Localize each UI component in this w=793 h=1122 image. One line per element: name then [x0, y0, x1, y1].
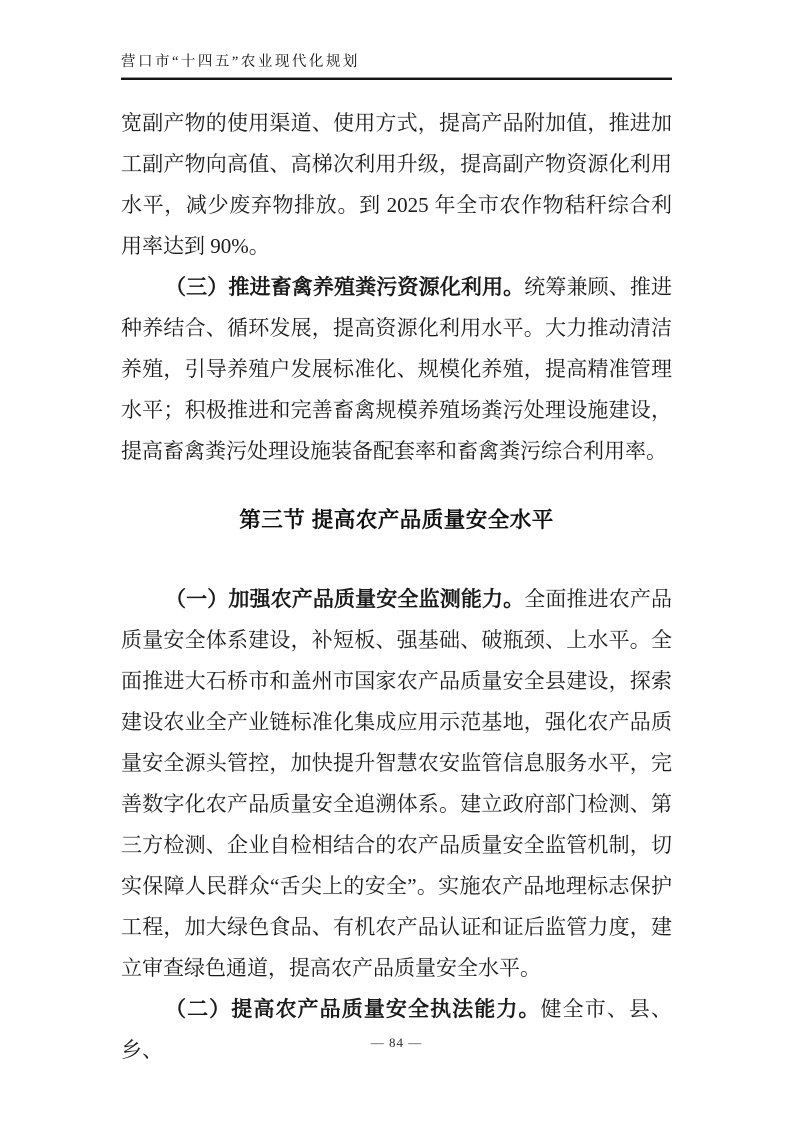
paragraph-text: 全面推进农产品质量安全体系建设，补短板、强基础、破瓶颈、上水平。全面推进大石桥市…	[121, 587, 672, 980]
paragraph-lead: （一）加强农产品质量安全监测能力。	[165, 587, 524, 611]
paragraph-text: 宽副产物的使用渠道、使用方式，提高产品附加值，推进加工副产物向高值、高梯次利用升…	[121, 111, 672, 258]
header-rule	[121, 77, 672, 80]
page-footer: — 84 —	[0, 1035, 793, 1051]
page-header: 营口市“十四五”农业现代化规划	[121, 0, 672, 80]
body-paragraph: （一）加强农产品质量安全监测能力。全面推进农产品质量安全体系建设，补短板、强基础…	[121, 579, 672, 989]
document-body: 宽副产物的使用渠道、使用方式，提高产品附加值，推进加工副产物向高值、高梯次利用升…	[121, 103, 672, 1071]
paragraph-lead: （三）推进畜禽养殖粪污资源化利用。	[165, 275, 524, 299]
paragraph-text: 统筹兼顾、推进种养结合、循环发展，提高资源化利用水平。大力推动清洁养殖，引导养殖…	[121, 275, 672, 463]
paragraph-lead: （二）提高农产品质量安全执法能力。	[165, 997, 541, 1021]
body-paragraph: （三）推进畜禽养殖粪污资源化利用。统筹兼顾、推进种养结合、循环发展，提高资源化利…	[121, 267, 672, 472]
document-page: 营口市“十四五”农业现代化规划 宽副产物的使用渠道、使用方式，提高产品附加值，推…	[0, 0, 793, 1122]
body-paragraph: 宽副产物的使用渠道、使用方式，提高产品附加值，推进加工副产物向高值、高梯次利用升…	[121, 103, 672, 267]
body-paragraph: （二）提高农产品质量安全执法能力。健全市、县、乡、	[121, 989, 672, 1071]
page-number: — 84 —	[371, 1035, 423, 1050]
header-title: 营口市“十四五”农业现代化规划	[121, 52, 672, 72]
section-heading: 第三节 提高农产品质量安全水平	[121, 505, 672, 535]
